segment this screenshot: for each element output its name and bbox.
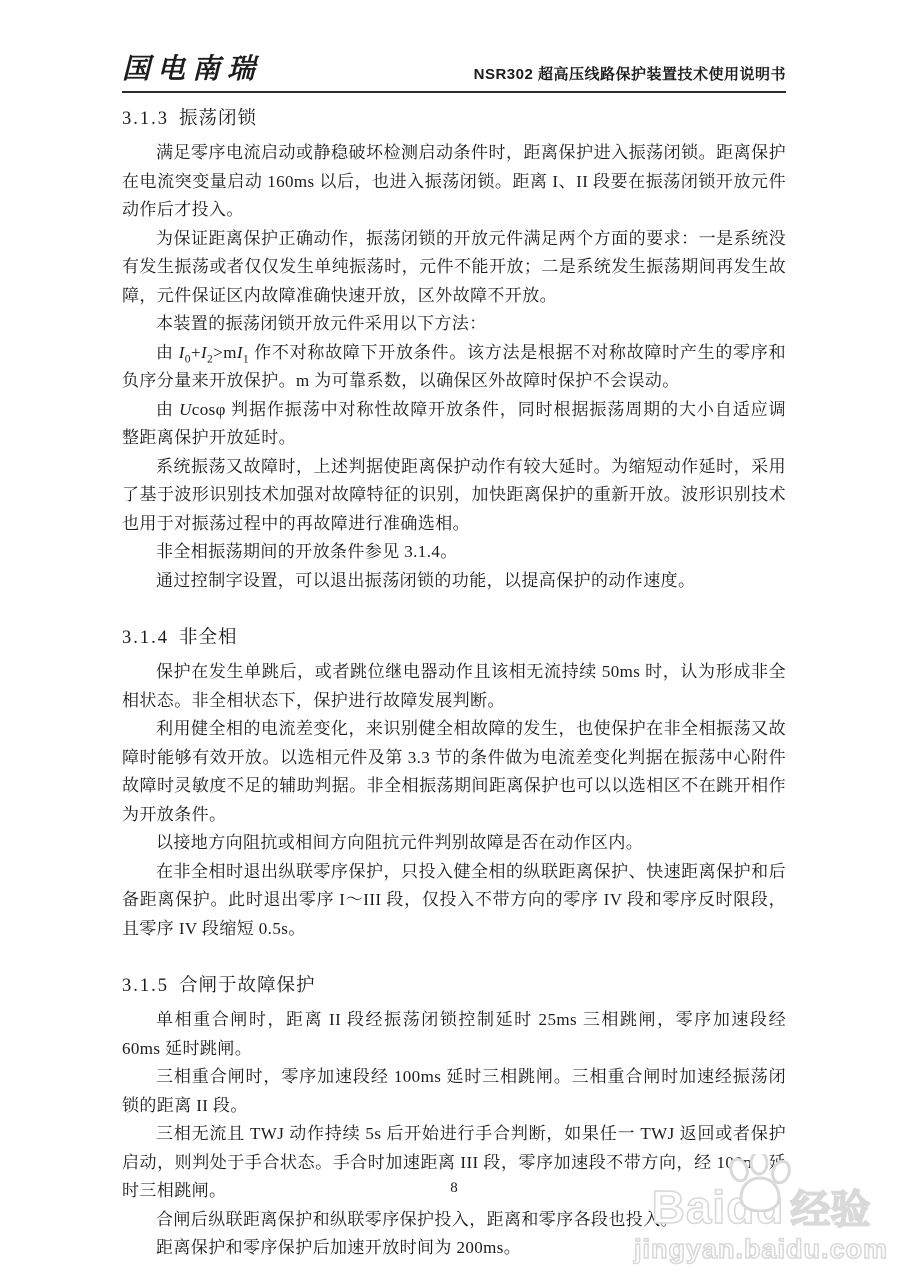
page-footer: 8	[122, 1180, 786, 1197]
paragraph: 在非全相时退出纵联零序保护，只投入健全相的纵联距离保护、快速距离保护和后备距离保…	[122, 858, 786, 944]
paragraph: 由 Ucosφ 判据作振荡中对称性故障开放条件，同时根据振荡周期的大小自适应调整…	[122, 396, 786, 453]
section-heading: 3.1.4非全相	[122, 625, 786, 651]
document-section: 3.1.5合闸于故障保护单相重合闸时，距离 II 段经振荡闭锁控制延时 25ms…	[122, 973, 786, 1263]
paragraph: 由 I0+I2>mI1 作不对称故障下开放条件。该方法是根据不对称故障时产生的零…	[122, 339, 786, 396]
section-number: 3.1.5	[122, 976, 169, 996]
section-heading: 3.1.5合闸于故障保护	[122, 973, 786, 999]
section-title: 合闸于故障保护	[179, 976, 316, 996]
paragraph: 满足零序电流启动或静稳破坏检测启动条件时，距离保护进入振荡闭锁。距离保护在电流突…	[122, 139, 786, 225]
section-heading: 3.1.3振荡闭锁	[122, 106, 786, 132]
section-title: 非全相	[179, 628, 238, 648]
paragraph: 保护在发生单跳后，或者跳位继电器动作且该相无流持续 50ms 时，认为形成非全相…	[122, 658, 786, 715]
paragraph: 合闸后纵联距离保护和纵联零序保护投入，距离和零序各段也投入。	[122, 1206, 786, 1235]
document-page: 国电南瑞 NSR302 超高压线路保护装置技术使用说明书 3.1.3振荡闭锁满足…	[0, 0, 905, 1280]
document-section: 3.1.4非全相保护在发生单跳后，或者跳位继电器动作且该相无流持续 50ms 时…	[122, 625, 786, 943]
paragraph: 利用健全相的电流差变化，来识别健全相故障的发生，也使保护在非全相振荡又故障时能够…	[122, 715, 786, 829]
paragraph: 系统振荡又故障时，上述判据使距离保护动作有较大延时。为缩短动作延时，采用了基于波…	[122, 453, 786, 539]
page-header: 国电南瑞 NSR302 超高压线路保护装置技术使用说明书	[122, 56, 786, 93]
paragraph: 通过控制字设置，可以退出振荡闭锁的功能，以提高保护的动作速度。	[122, 567, 786, 596]
paragraph: 单相重合闸时，距离 II 段经振荡闭锁控制延时 25ms 三相跳闸，零序加速段经…	[122, 1006, 786, 1063]
paragraph: 非全相振荡期间的开放条件参见 3.1.4。	[122, 538, 786, 567]
page-number: 8	[450, 1180, 458, 1196]
company-logo: 国电南瑞	[122, 56, 262, 86]
section-title: 振荡闭锁	[179, 109, 257, 129]
paragraph: 三相重合闸时，零序加速段经 100ms 延时三相跳闸。三相重合闸时加速经振荡闭锁…	[122, 1063, 786, 1120]
document-section: 3.1.3振荡闭锁满足零序电流启动或静稳破坏检测启动条件时，距离保护进入振荡闭锁…	[122, 106, 786, 595]
document-title: NSR302 超高压线路保护装置技术使用说明书	[474, 63, 786, 86]
paragraph: 距离保护和零序保护后加速开放时间为 200ms。	[122, 1234, 786, 1263]
paragraph: 以接地方向阻抗或相间方向阻抗元件判别故障是否在动作区内。	[122, 829, 786, 858]
watermark-brand-chinese: 经验	[790, 1190, 870, 1230]
paragraph: 为保证距离保护正确动作，振荡闭锁的开放元件满足两个方面的要求：一是系统没有发生振…	[122, 225, 786, 311]
page-content: 国电南瑞 NSR302 超高压线路保护装置技术使用说明书 3.1.3振荡闭锁满足…	[122, 56, 786, 1263]
document-body: 3.1.3振荡闭锁满足零序电流启动或静稳破坏检测启动条件时，距离保护进入振荡闭锁…	[122, 106, 786, 1263]
section-number: 3.1.3	[122, 109, 169, 129]
section-number: 3.1.4	[122, 628, 169, 648]
paragraph: 本装置的振荡闭锁开放元件采用以下方法：	[122, 310, 786, 339]
